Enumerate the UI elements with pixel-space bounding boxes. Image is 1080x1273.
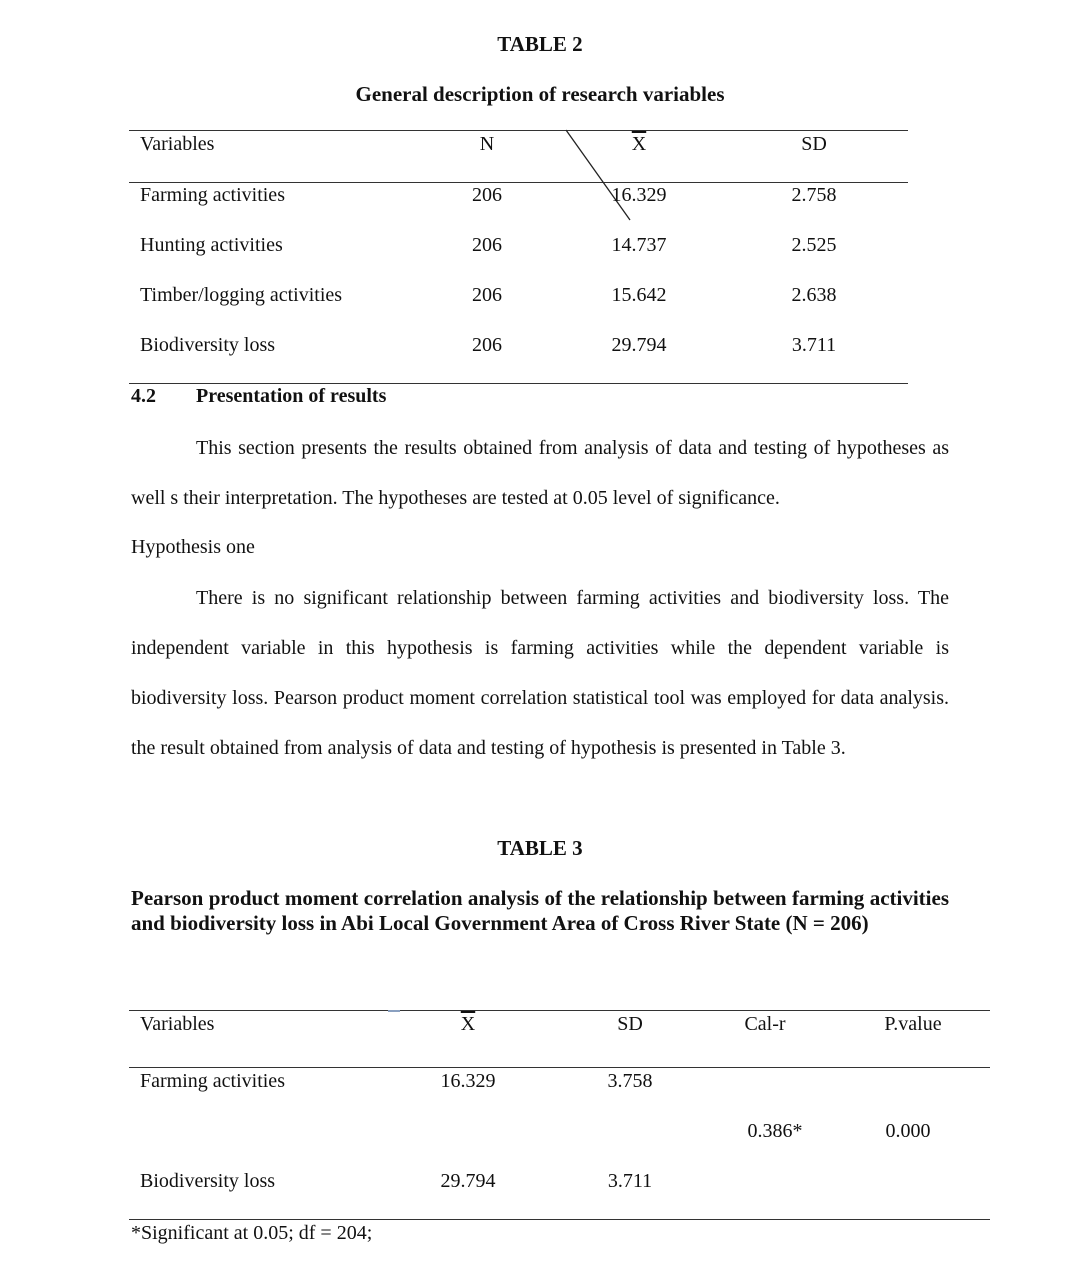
table2-title: TABLE 2 <box>0 32 1080 57</box>
intro-paragraph: This section presents the results obtain… <box>131 423 949 523</box>
table2-bottom-rule <box>129 383 908 384</box>
row-mean: 15.642 <box>599 284 679 307</box>
row-sd: 2.758 <box>774 184 854 207</box>
header-cal-r: Cal-r <box>725 1013 805 1036</box>
header-p-value: P.value <box>863 1013 963 1036</box>
row-mean: 29.794 <box>428 1170 508 1193</box>
stray-mark <box>388 1010 400 1012</box>
row-sd: 3.758 <box>590 1070 670 1093</box>
table3-top-rule <box>129 1010 990 1011</box>
row-sd: 3.711 <box>774 334 854 357</box>
table3-header-rule <box>129 1067 990 1068</box>
cal-r-value: 0.386* <box>735 1120 815 1143</box>
row-n: 206 <box>447 334 527 357</box>
p-value: 0.000 <box>868 1120 948 1143</box>
header-sd: SD <box>590 1013 670 1036</box>
row-n: 206 <box>447 184 527 207</box>
row-variable: Farming activities <box>140 1070 285 1093</box>
hypothesis-paragraph: There is no significant relationship bet… <box>131 573 949 773</box>
header-mean: X <box>599 133 679 156</box>
row-sd: 2.525 <box>774 234 854 257</box>
hypothesis-label: Hypothesis one <box>131 536 255 559</box>
row-mean: 16.329 <box>428 1070 508 1093</box>
section-number: 4.2 <box>131 385 156 408</box>
table3-caption: Pearson product moment correlation analy… <box>131 886 949 936</box>
section-heading: Presentation of results <box>196 385 386 408</box>
row-sd: 2.638 <box>774 284 854 307</box>
header-variables: Variables <box>140 1013 214 1036</box>
row-n: 206 <box>447 234 527 257</box>
row-mean: 16.329 <box>599 184 679 207</box>
header-mean: X <box>428 1013 508 1036</box>
table2-header-rule <box>129 182 908 183</box>
table3-title: TABLE 3 <box>0 836 1080 861</box>
row-variable: Biodiversity loss <box>140 1170 275 1193</box>
table3-footnote: *Significant at 0.05; df = 204; <box>131 1222 372 1245</box>
row-mean: 29.794 <box>599 334 679 357</box>
table2-top-rule <box>129 130 908 131</box>
table2-caption: General description of research variable… <box>0 82 1080 107</box>
header-n: N <box>447 133 527 156</box>
row-sd: 3.711 <box>590 1170 670 1193</box>
row-variable: Hunting activities <box>140 234 283 257</box>
row-variable: Timber/logging activities <box>140 284 342 307</box>
header-sd: SD <box>774 133 854 156</box>
row-variable: Biodiversity loss <box>140 334 275 357</box>
table3-bottom-rule <box>129 1219 990 1220</box>
header-variables: Variables <box>140 133 214 156</box>
row-variable: Farming activities <box>140 184 285 207</box>
row-n: 206 <box>447 284 527 307</box>
row-mean: 14.737 <box>599 234 679 257</box>
